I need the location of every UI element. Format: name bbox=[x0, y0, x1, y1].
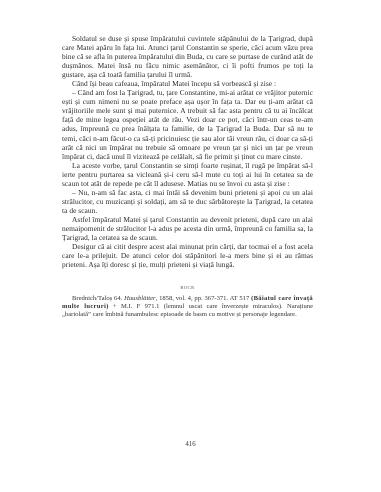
page-number: 416 bbox=[0, 441, 381, 448]
dialogue-paragraph: – Nu, n-am să fac asta, ci mai întâi să … bbox=[62, 188, 313, 215]
story-text: Soldatul se duse și spuse împăratului cu… bbox=[62, 34, 313, 269]
paragraph: Soldatul se duse și spuse împăratului cu… bbox=[62, 34, 313, 79]
book-page: Soldatul se duse și spuse împăratului cu… bbox=[62, 34, 313, 320]
source-signature: BOCR bbox=[62, 285, 313, 290]
dialogue-paragraph: – Când am fost la Țarigrad, tu, țare Con… bbox=[62, 88, 313, 160]
paragraph: La aceste vorbe, țarul Constantin se sim… bbox=[62, 161, 313, 188]
paragraph: Când își beau cafeaua, împăratul Matei î… bbox=[62, 79, 313, 88]
paragraph: Desigur că ai citit despre acest alai mi… bbox=[62, 242, 313, 269]
footnote-publication: Hausblätter bbox=[124, 295, 156, 302]
footnote: Brednich/Taloș 64. Hausblätter, 1858, vo… bbox=[62, 295, 313, 319]
footnote-text: Brednich/Taloș 64. Hausblätter, 1858, vo… bbox=[62, 295, 313, 319]
footnote-source: Brednich/Taloș 64. bbox=[72, 295, 124, 302]
footnote-citation: , 1858, vol. 4, pp. 367-371. AT 517 bbox=[156, 295, 251, 302]
paragraph: Astfel împăratul Matei și țarul Constant… bbox=[62, 215, 313, 242]
